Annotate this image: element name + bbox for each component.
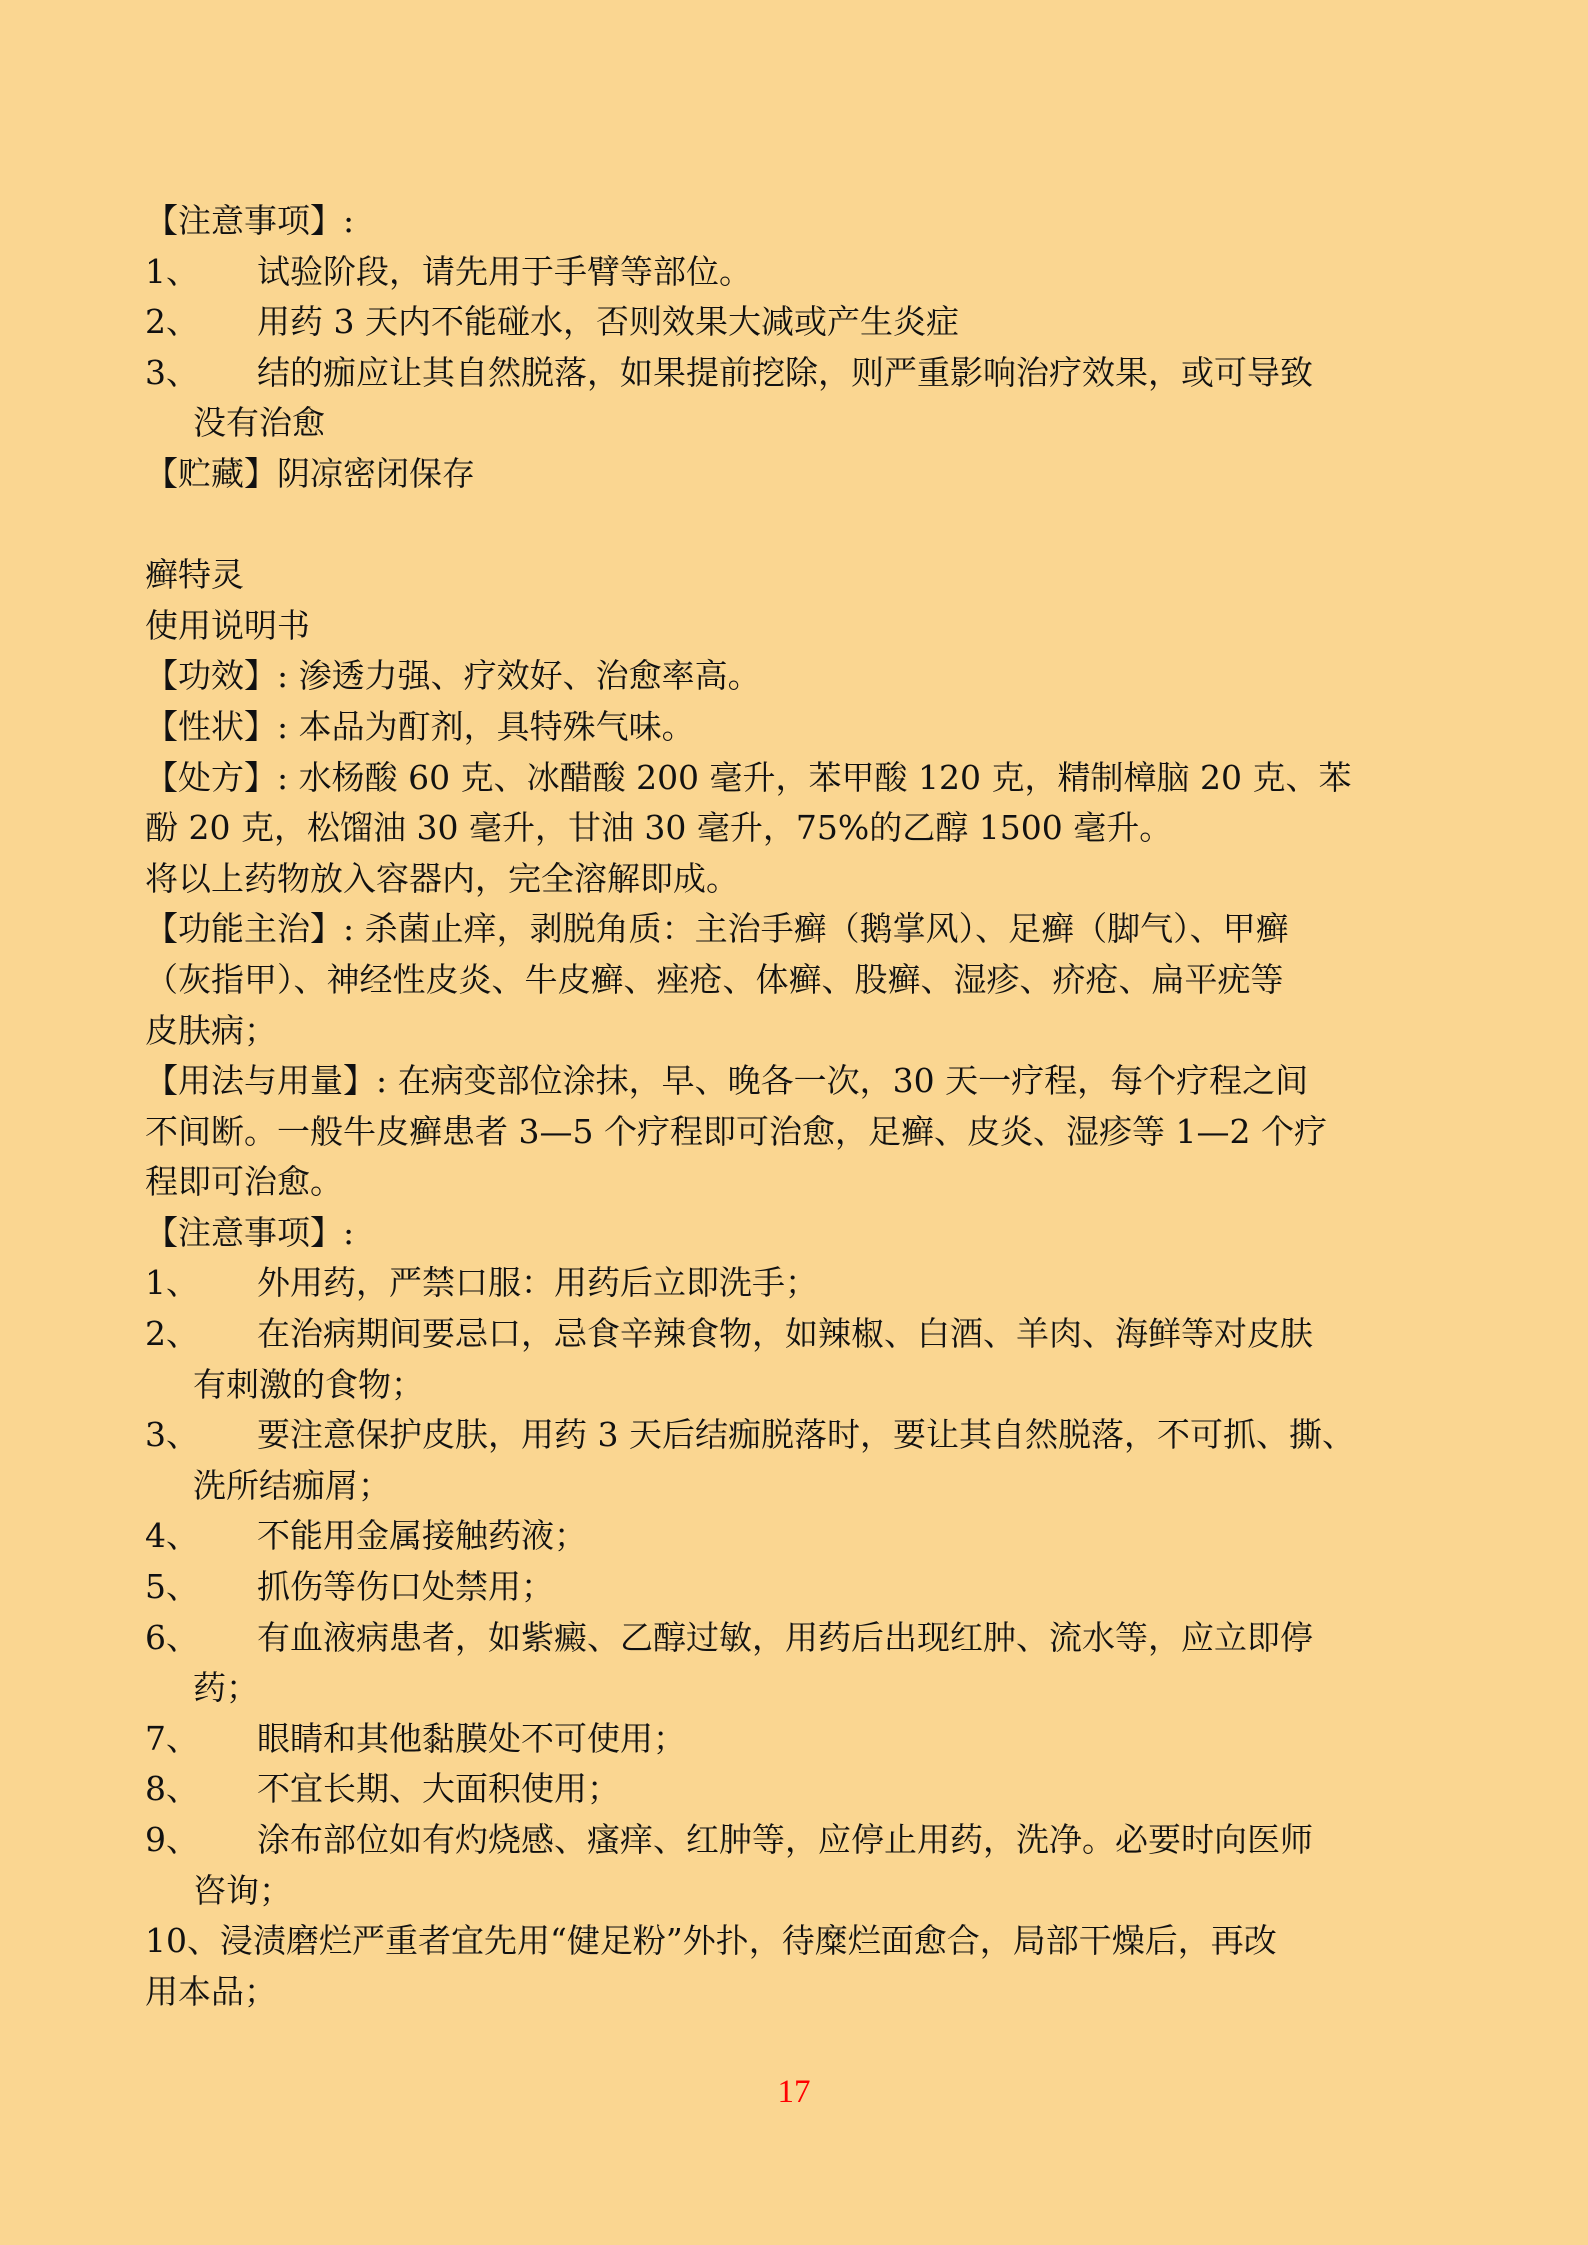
item-text: 抓伤等伤口处禁用； [257,1562,554,1613]
item-number: 9、 [145,1815,257,1866]
item-text: 外用药，严禁口服：用药后立即洗手； [257,1258,818,1309]
item-text: 不宜长期、大面积使用； [257,1764,620,1815]
item-text: 结的痂应让其自然脱落，如果提前挖除，则严重影响治疗效果，或可导致 [257,348,1313,399]
precautions-heading: 【注意事项】: [145,1208,1445,1259]
item-number: 1、 [145,1258,257,1309]
indications-line: （灰指甲）、神经性皮炎、牛皮癣、痤疮、体癣、股癣、湿疹、疥疮、扁平疣等 [145,955,1445,1006]
item-continuation: 用本品； [145,1967,1445,2018]
section-spacer [145,500,1445,551]
efficacy: 【功效】: 渗透力强、疗效好、治愈率高。 [145,651,1445,702]
document-subtitle: 使用说明书 [145,601,1445,652]
item-text: 用药 3 天内不能碰水，否则效果大减或产生炎症 [257,297,959,348]
item-text: 眼睛和其他黏膜处不可使用； [257,1714,686,1765]
item-text: 有血液病患者，如紫癜、乙醇过敏，用药后出现红肿、流水等，应立即停 [257,1613,1313,1664]
usage-line: 程即可治愈。 [145,1157,1445,1208]
document-page: 【注意事项】: 1、 试验阶段，请先用于手臂等部位。 2、 用药 3 天内不能碰… [145,196,1445,2017]
precaution-item: 6、 有血液病患者，如紫癜、乙醇过敏，用药后出现红肿、流水等，应立即停 [145,1613,1445,1664]
item-number: 7、 [145,1714,257,1765]
precautions-heading: 【注意事项】: [145,196,1445,247]
item-text: 要注意保护皮肤，用药 3 天后结痂脱落时，要让其自然脱落，不可抓、撕、 [257,1410,1355,1461]
item-number: 5、 [145,1562,257,1613]
precaution-item: 3、 结的痂应让其自然脱落，如果提前挖除，则严重影响治疗效果，或可导致 [145,348,1445,399]
item-number: 2、 [145,1309,257,1360]
item-number: 6、 [145,1613,257,1664]
page-number: 17 [0,2074,1588,2111]
precaution-item: 2、 用药 3 天内不能碰水，否则效果大减或产生炎症 [145,297,1445,348]
item-text: 涂布部位如有灼烧感、瘙痒、红肿等，应停止用药，洗净。必要时向医师 [257,1815,1313,1866]
item-text: 浸渍磨烂严重者宜先用“健足粉”外扑，待糜烂面愈合，局部干燥后，再改 [220,1916,1277,1967]
precaution-item: 5、 抓伤等伤口处禁用； [145,1562,1445,1613]
usage-line: 不间断。一般牛皮癣患者 3—5 个疗程即可治愈，足癣、皮炎、湿疹等 1—2 个疗 [145,1107,1445,1158]
precaution-item: 7、 眼睛和其他黏膜处不可使用； [145,1714,1445,1765]
precaution-item: 10、 浸渍磨烂严重者宜先用“健足粉”外扑，待糜烂面愈合，局部干燥后，再改 [145,1916,1445,1967]
precaution-item: 3、 要注意保护皮肤，用药 3 天后结痂脱落时，要让其自然脱落，不可抓、撕、 [145,1410,1445,1461]
properties: 【性状】: 本品为酊剂，具特殊气味。 [145,702,1445,753]
usage-line: 【用法与用量】: 在病变部位涂抹，早、晚各一次，30 天一疗程，每个疗程之间 [145,1056,1445,1107]
prescription-line: 【处方】: 水杨酸 60 克、冰醋酸 200 毫升，苯甲酸 120 克，精制樟脑… [145,753,1445,804]
item-number: 2、 [145,297,257,348]
precaution-item: 9、 涂布部位如有灼烧感、瘙痒、红肿等，应停止用药，洗净。必要时向医师 [145,1815,1445,1866]
storage-info: 【贮藏】阴凉密闭保存 [145,449,1445,500]
item-continuation: 洗所结痂屑； [145,1461,1445,1512]
item-number: 3、 [145,348,257,399]
item-continuation: 没有治愈 [145,398,1445,449]
precaution-item: 1、 外用药，严禁口服：用药后立即洗手； [145,1258,1445,1309]
prescription-line: 酚 20 克，松馏油 30 毫升，甘油 30 毫升，75%的乙醇 1500 毫升… [145,803,1445,854]
precaution-item: 2、 在治病期间要忌口，忌食辛辣食物，如辣椒、白酒、羊肉、海鲜等对皮肤 [145,1309,1445,1360]
item-number: 3、 [145,1410,257,1461]
item-text: 不能用金属接触药液； [257,1511,587,1562]
precaution-item: 1、 试验阶段，请先用于手臂等部位。 [145,247,1445,298]
precaution-item: 4、 不能用金属接触药液； [145,1511,1445,1562]
indications-line: 【功能主治】: 杀菌止痒，剥脱角质：主治手癣（鹅掌风）、足癣（脚气）、甲癣 [145,904,1445,955]
item-text: 试验阶段，请先用于手臂等部位。 [257,247,752,298]
item-continuation: 药； [145,1663,1445,1714]
item-continuation: 有刺激的食物； [145,1360,1445,1411]
item-number: 4、 [145,1511,257,1562]
item-number: 8、 [145,1764,257,1815]
item-number: 10、 [145,1916,220,1967]
item-text: 在治病期间要忌口，忌食辛辣食物，如辣椒、白酒、羊肉、海鲜等对皮肤 [257,1309,1313,1360]
indications-line: 皮肤病； [145,1006,1445,1057]
item-number: 1、 [145,247,257,298]
precaution-item: 8、 不宜长期、大面积使用； [145,1764,1445,1815]
preparation: 将以上药物放入容器内，完全溶解即成。 [145,854,1445,905]
product-name: 癣特灵 [145,550,1445,601]
item-continuation: 咨询； [145,1866,1445,1917]
